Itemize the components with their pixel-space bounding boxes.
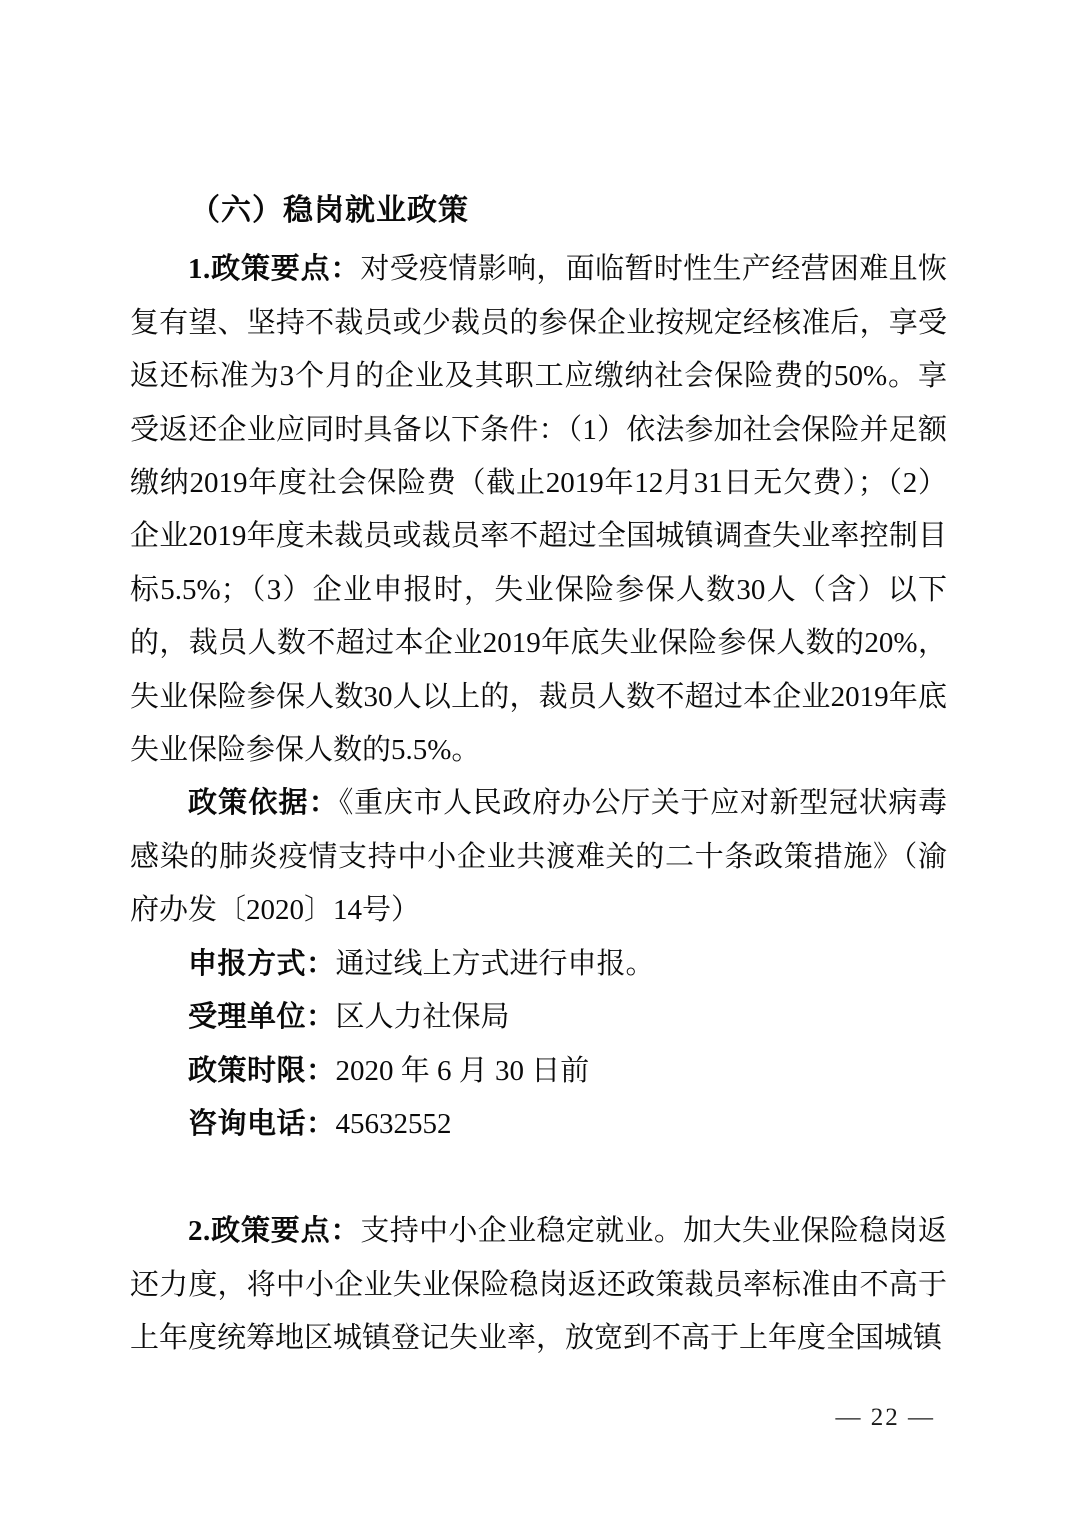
paragraph-label: 政策依据： [188,787,339,819]
paragraph-text: 2020 年 6 月 30 日前 [336,1055,590,1087]
paragraph-text: 通过线上方式进行申报。 [336,948,655,980]
paragraph-text: 45632552 [336,1108,452,1140]
paragraph-text: 区人力社保局 [336,1001,510,1033]
paragraph-policy-deadline: 政策时限：2020 年 6 月 30 日前 [130,1045,947,1098]
paragraph-phone: 咨询电话：45632552 [130,1098,947,1151]
paragraph-accepting-unit: 受理单位：区人力社保局 [130,991,947,1044]
document-page: （六）稳岗就业政策 1.政策要点：对受疫情影响，面临暂时性生产经营困难且恢复有望… [0,0,1075,1520]
paragraph-application-method: 申报方式：通过线上方式进行申报。 [130,938,947,991]
paragraph-policy-point-2: 2.政策要点：支持中小企业稳定就业。加大失业保险稳岗返还力度，将中小企业失业保险… [130,1205,947,1365]
paragraph-label: 受理单位： [188,1001,336,1033]
paragraph-label: 咨询电话： [188,1108,336,1140]
paragraph-policy-basis: 政策依据：《重庆市人民政府办公厅关于应对新型冠状病毒感染的肺炎疫情支持中小企业共… [130,777,947,937]
section-heading: （六）稳岗就业政策 [130,184,947,237]
paragraph-label: 政策时限： [188,1055,336,1087]
paragraph-label: 申报方式： [188,948,336,980]
paragraph-policy-point-1: 1.政策要点：对受疫情影响，面临暂时性生产经营困难且恢复有望、坚持不裁员或少裁员… [130,243,947,777]
paragraph-label: 1.政策要点： [188,253,360,285]
page-number: — 22 — [836,1404,936,1432]
document-content: （六）稳岗就业政策 1.政策要点：对受疫情影响，面临暂时性生产经营困难且恢复有望… [130,184,947,1366]
paragraph-label: 2.政策要点： [188,1215,360,1247]
paragraph-text: 对受疫情影响，面临暂时性生产经营困难且恢复有望、坚持不裁员或少裁员的参保企业按规… [130,253,947,766]
